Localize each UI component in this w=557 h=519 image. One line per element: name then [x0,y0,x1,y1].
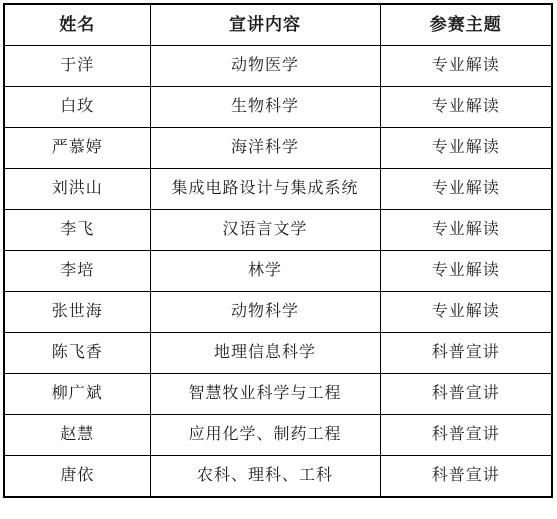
table-row: 李培 林学 专业解读 [4,251,552,292]
table-row: 严慕婷 海洋科学 专业解读 [4,128,552,169]
theme-cell: 专业解读 [380,87,552,128]
table-row: 陈飞香 地理信息科学 科普宣讲 [4,333,552,374]
content-cell: 智慧牧业科学与工程 [150,374,380,415]
content-cell: 动物科学 [150,292,380,333]
content-cell: 生物科学 [150,87,380,128]
content-cell: 林学 [150,251,380,292]
content-cell: 动物医学 [150,46,380,87]
name-cell: 柳广斌 [4,374,150,415]
header-name: 姓名 [4,4,150,46]
table-row: 柳广斌 智慧牧业科学与工程 科普宣讲 [4,374,552,415]
theme-cell: 专业解读 [380,46,552,87]
name-cell: 李飞 [4,210,150,251]
content-cell: 集成电路设计与集成系统 [150,169,380,210]
name-cell: 赵慧 [4,415,150,456]
theme-cell: 专业解读 [380,292,552,333]
theme-cell: 科普宣讲 [380,456,552,498]
name-cell: 张世海 [4,292,150,333]
content-cell: 应用化学、制药工程 [150,415,380,456]
name-cell: 陈飞香 [4,333,150,374]
table-row: 于洋 动物医学 专业解读 [4,46,552,87]
header-content: 宣讲内容 [150,4,380,46]
name-cell: 刘洪山 [4,169,150,210]
theme-cell: 科普宣讲 [380,415,552,456]
table-row: 唐依 农科、理科、工科 科普宣讲 [4,456,552,498]
theme-cell: 科普宣讲 [380,374,552,415]
name-cell: 唐依 [4,456,150,498]
content-cell: 汉语言文学 [150,210,380,251]
table-row: 刘洪山 集成电路设计与集成系统 专业解读 [4,169,552,210]
theme-cell: 专业解读 [380,210,552,251]
content-cell: 农科、理科、工科 [150,456,380,498]
theme-cell: 专业解读 [380,169,552,210]
name-cell: 严慕婷 [4,128,150,169]
theme-cell: 专业解读 [380,251,552,292]
name-cell: 李培 [4,251,150,292]
content-cell: 海洋科学 [150,128,380,169]
table-header-row: 姓名 宣讲内容 参赛主题 [4,4,552,46]
name-cell: 于洋 [4,46,150,87]
content-cell: 地理信息科学 [150,333,380,374]
header-theme: 参赛主题 [380,4,552,46]
table-row: 张世海 动物科学 专业解读 [4,292,552,333]
table-row: 赵慧 应用化学、制药工程 科普宣讲 [4,415,552,456]
speakers-table: 姓名 宣讲内容 参赛主题 于洋 动物医学 专业解读 白玫 生物科学 专业解读 严… [3,3,553,498]
name-cell: 白玫 [4,87,150,128]
theme-cell: 专业解读 [380,128,552,169]
theme-cell: 科普宣讲 [380,333,552,374]
table-row: 白玫 生物科学 专业解读 [4,87,552,128]
table-row: 李飞 汉语言文学 专业解读 [4,210,552,251]
